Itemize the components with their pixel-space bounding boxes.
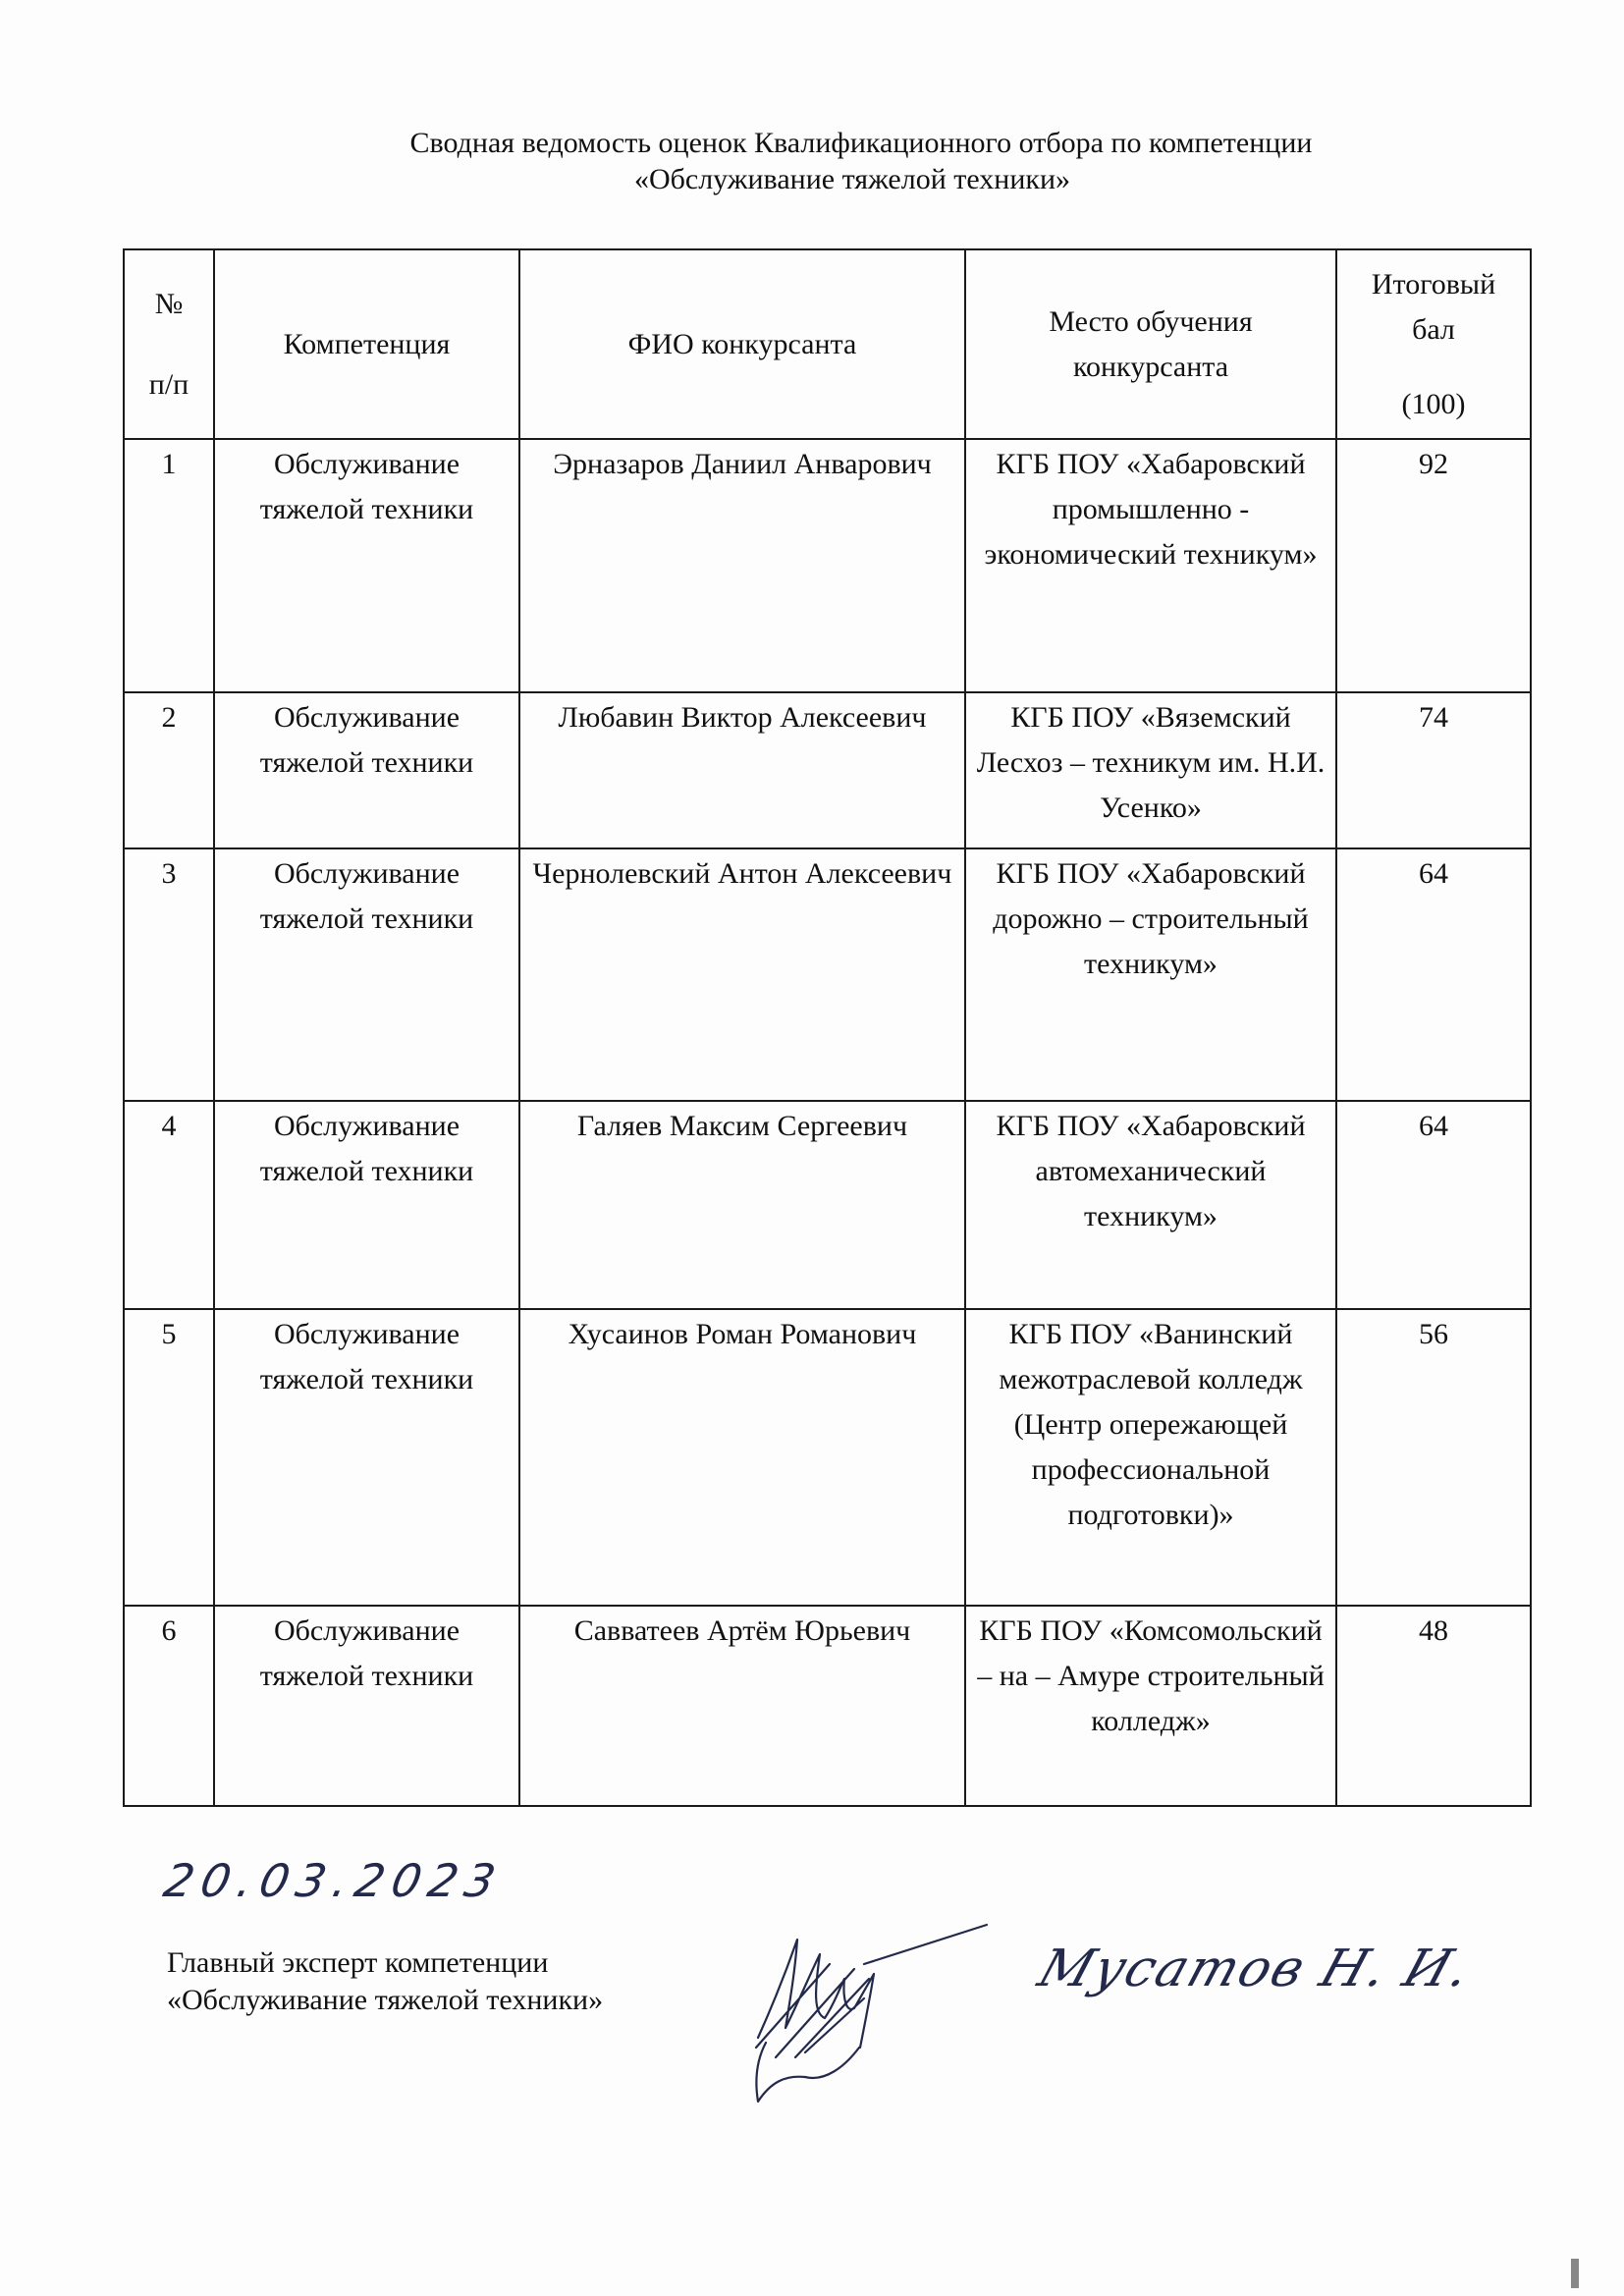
header-score-line-3: (100) xyxy=(1343,382,1524,427)
expert-title-line-1: Главный эксперт компетенции xyxy=(167,1944,603,1982)
header-score-line-2: бал xyxy=(1343,307,1524,353)
cell-competence: Обслуживание тяжелой техники xyxy=(214,1606,519,1806)
scanned-page: Сводная ведомость оценок Квалификационно… xyxy=(0,0,1624,2296)
cell-number: 2 xyxy=(124,692,214,848)
cell-score: 64 xyxy=(1336,848,1531,1101)
cell-number: 4 xyxy=(124,1101,214,1309)
cell-place: КГБ ПОУ «Хабаровский промышленно - эконо… xyxy=(965,439,1336,692)
header-place: Место обучения конкурсанта xyxy=(965,249,1336,439)
cell-score: 92 xyxy=(1336,439,1531,692)
cell-name: Эрназаров Даниил Анварович xyxy=(519,439,965,692)
header-number-sign: № xyxy=(131,282,207,327)
header-name: ФИО конкурсанта xyxy=(519,249,965,439)
header-number: № п/п xyxy=(124,249,214,439)
table-row: 3 Обслуживание тяжелой техники Чернолевс… xyxy=(124,848,1531,1101)
header-number-pp: п/п xyxy=(149,368,189,401)
table-row: 1 Обслуживание тяжелой техники Эрназаров… xyxy=(124,439,1531,692)
cell-score: 48 xyxy=(1336,1606,1531,1806)
header-score: Итоговый бал (100) xyxy=(1336,249,1531,439)
cell-score: 56 xyxy=(1336,1309,1531,1606)
cell-score: 74 xyxy=(1336,692,1531,848)
cell-place: КГБ ПОУ «Ванинский межотраслевой колледж… xyxy=(965,1309,1336,1606)
table-row: 5 Обслуживание тяжелой техники Хусаинов … xyxy=(124,1309,1531,1606)
scan-artifact xyxy=(1571,2259,1579,2288)
expert-title-line-2: «Обслуживание тяжелой техники» xyxy=(167,1982,603,2019)
expert-title: Главный эксперт компетенции «Обслуживани… xyxy=(167,1944,603,2019)
handwritten-date: 20.03.2023 xyxy=(159,1854,508,1907)
header-competence: Компетенция xyxy=(214,249,519,439)
cell-number: 5 xyxy=(124,1309,214,1606)
cell-competence: Обслуживание тяжелой техники xyxy=(214,692,519,848)
table-row: 6 Обслуживание тяжелой техники Савватеев… xyxy=(124,1606,1531,1806)
cell-number: 1 xyxy=(124,439,214,692)
cell-name: Любавин Виктор Алексеевич xyxy=(519,692,965,848)
cell-competence: Обслуживание тяжелой техники xyxy=(214,1101,519,1309)
title-line-2: «Обслуживание тяжелой техники» xyxy=(0,162,1624,197)
table-header-row: № п/п Компетенция ФИО конкурсанта Место … xyxy=(124,249,1531,439)
title-line-1: Сводная ведомость оценок Квалификационно… xyxy=(0,126,1624,161)
cell-name: Савватеев Артём Юрьевич xyxy=(519,1606,965,1806)
cell-place: КГБ ПОУ «Хабаровский автомеханический те… xyxy=(965,1101,1336,1309)
cell-name: Чернолевский Антон Алексеевич xyxy=(519,848,965,1101)
header-score-line-1: Итоговый xyxy=(1343,262,1524,307)
signature-icon xyxy=(736,1920,992,2106)
cell-place: КГБ ПОУ «Комсомольский – на – Амуре стро… xyxy=(965,1606,1336,1806)
table-row: 2 Обслуживание тяжелой техники Любавин В… xyxy=(124,692,1531,848)
cell-name: Галяев Максим Сергеевич xyxy=(519,1101,965,1309)
results-table: № п/п Компетенция ФИО конкурсанта Место … xyxy=(123,248,1532,1807)
cell-competence: Обслуживание тяжелой техники xyxy=(214,439,519,692)
cell-place: КГБ ПОУ «Хабаровский дорожно – строитель… xyxy=(965,848,1336,1101)
cell-number: 3 xyxy=(124,848,214,1101)
cell-number: 6 xyxy=(124,1606,214,1806)
cell-place: КГБ ПОУ «Вяземский Лесхоз – техникум им.… xyxy=(965,692,1336,848)
cell-name: Хусаинов Роман Романович xyxy=(519,1309,965,1606)
cell-competence: Обслуживание тяжелой техники xyxy=(214,848,519,1101)
handwritten-signature-name: Мусатов Н. И. xyxy=(1031,1940,1480,1998)
cell-score: 64 xyxy=(1336,1101,1531,1309)
cell-competence: Обслуживание тяжелой техники xyxy=(214,1309,519,1606)
table-row: 4 Обслуживание тяжелой техники Галяев Ма… xyxy=(124,1101,1531,1309)
